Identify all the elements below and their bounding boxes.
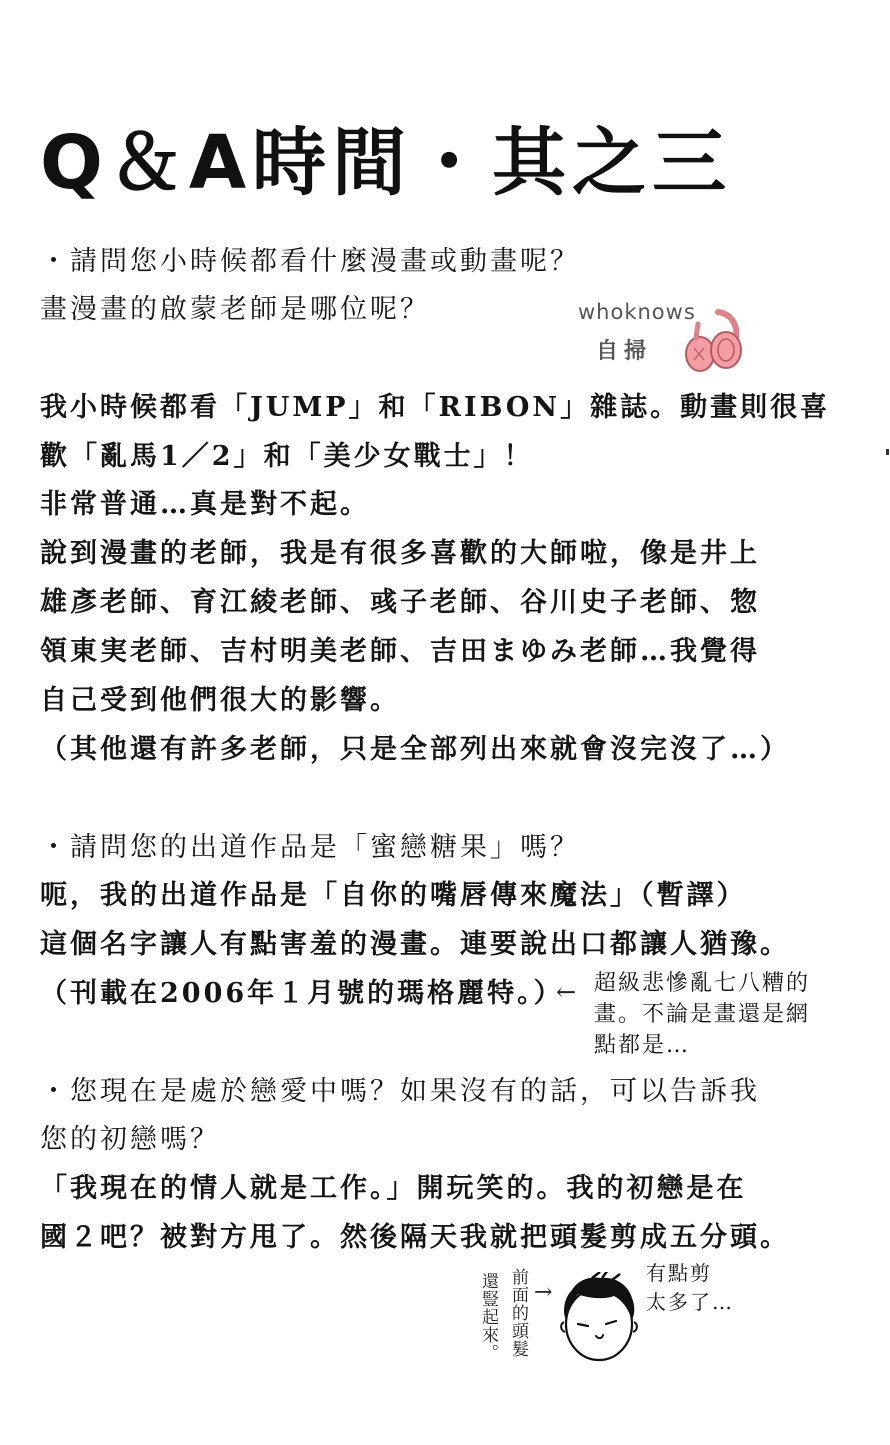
illustration-caption: 有點剪 (646, 1258, 712, 1289)
arrow-left-icon: ← (556, 978, 576, 1006)
illustration-caption: 太多了… (646, 1287, 734, 1318)
arrow-right-icon: → (534, 1280, 552, 1305)
answer-line: （其他還有許多老師，只是全部列出來就會沒完沒了…） (40, 732, 790, 768)
answer-line: 國２吧？被對方甩了。然後隔天我就把頭髮剪成五分頭。 (40, 1220, 790, 1256)
question-line: 您的初戀嗎？ (40, 1122, 220, 1158)
answer-line: 歡「亂馬1／2」和「美少女戰士」！ (40, 439, 534, 475)
question-line: ・請問您小時候都看什麼漫畫或動畫呢？ (40, 244, 580, 280)
vertical-note: 還豎起來。 (478, 1272, 498, 1362)
question-line: 畫漫畫的啟蒙老師是哪位呢？ (40, 292, 430, 328)
boy-face-drawing (556, 1272, 642, 1364)
headphones-icon (674, 304, 746, 376)
question-line: ・請問您的出道作品是「蜜戀糖果」嗎？ (40, 830, 580, 866)
credit-sublabel: 自掃 (596, 334, 652, 365)
answer-line: 這個名字讓人有點害羞的漫畫。連要說出口都讓人猶豫。 (40, 927, 790, 963)
vertical-note: 前面的頭髮 (508, 1268, 528, 1358)
answer-line: 我小時候都看「JUMP」和「RIBON」雜誌。動畫則很喜 (40, 390, 830, 426)
answer-line: 說到漫畫的老師，我是有很多喜歡的大師啦，像是井上 (40, 536, 760, 572)
page-title: Q＆A時間・其之三 (40, 118, 732, 208)
side-note-line: 超級悲慘亂七八糟的 (594, 968, 810, 999)
answer-line: 自己受到他們很大的影響。 (40, 683, 400, 719)
side-note-line: 畫。不論是畫還是網 (594, 999, 810, 1030)
scan-speck (886, 449, 889, 455)
answer-line: 「我現在的情人就是工作。」開玩笑的。我的初戀是在 (40, 1171, 747, 1207)
answer-line: 雄彥老師、育江綾老師、彧子老師、谷川史子老師、惣 (40, 585, 760, 621)
question-line: ・您現在是處於戀愛中嗎？如果沒有的話，可以告訴我 (40, 1074, 760, 1110)
scanlation-credit: whoknows 自掃 (578, 300, 758, 380)
answer-line: （刊載在2006年１月號的瑪格麗特。） (40, 976, 564, 1012)
answer-line: 呃，我的出道作品是「自你的嘴唇傳來魔法」（暫譯） (40, 878, 747, 914)
answer-line: 非常普通…真是對不起。 (40, 487, 370, 523)
answer-line: 領東実老師、吉村明美老師、吉田まゆみ老師…我覺得 (40, 634, 760, 670)
side-note-line: 點都是… (594, 1030, 690, 1061)
